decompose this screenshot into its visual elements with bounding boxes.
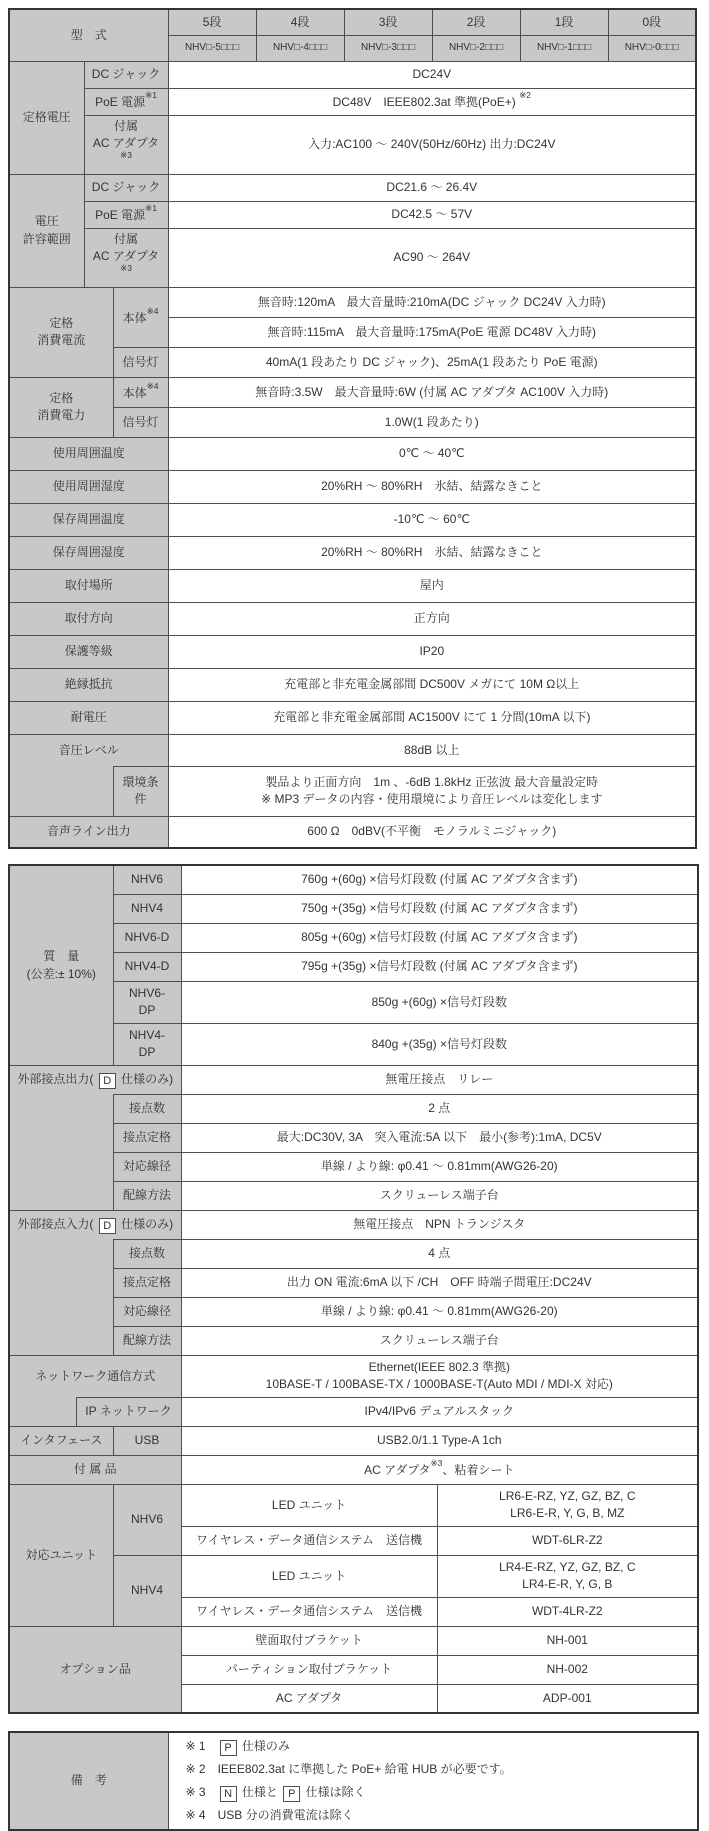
spec-label <box>9 766 113 816</box>
model-number-cell: NHV□-4□□□ <box>256 35 344 61</box>
spec-value: 760g +(60g) ×信号灯段数 (付属 AC アダプタ含まず) <box>181 865 698 894</box>
physical-spec-table: 質 量(公差:± 10%)NHV6760g +(60g) ×信号灯段数 (付属 … <box>8 864 699 1714</box>
model-number-cell: NHV□-5□□□ <box>168 35 256 61</box>
spec-label: NHV6-DP <box>113 981 181 1023</box>
spec-value: 充電部と非充電金属部間 AC1500V にて 1 分間(10mA 以下) <box>168 701 696 734</box>
spec-code-box: P <box>220 1740 237 1756</box>
spec-label: NHV4 <box>113 894 181 923</box>
spec-label: 保存周囲湿度 <box>9 536 168 569</box>
spec-label: 耐電圧 <box>9 701 168 734</box>
spec-value: DC42.5 〜 57V <box>168 201 696 228</box>
spec-value: 1.0W(1 段あたり) <box>168 407 696 437</box>
spec-value: 0℃ 〜 40℃ <box>168 437 696 470</box>
spec-value: 750g +(35g) ×信号灯段数 (付属 AC アダプタ含まず) <box>181 894 698 923</box>
spec-label: 接点定格 <box>113 1123 181 1152</box>
spec-label: 配線方法 <box>113 1326 181 1355</box>
spec-label: 音圧レベル <box>9 734 168 766</box>
spec-value: 屋内 <box>168 569 696 602</box>
spec-value: 20%RH 〜 80%RH 氷結、結露なきこと <box>168 536 696 569</box>
model-header: 型 式 <box>9 9 168 61</box>
spec-label: ネットワーク通信方式 <box>9 1355 181 1397</box>
model-number-cell: NHV□-1□□□ <box>520 35 608 61</box>
spec-value: AC アダプタ※3、粘着シート <box>181 1455 698 1484</box>
spec-value: ワイヤレス・データ通信システム 送信機 <box>181 1526 437 1555</box>
spec-label: 信号灯 <box>113 347 168 377</box>
spec-value: NH-002 <box>437 1655 698 1684</box>
spec-label: 保存周囲温度 <box>9 503 168 536</box>
spec-code-box: N <box>220 1786 237 1802</box>
spec-value: 40mA(1 段あたり DC ジャック)、25mA(1 段あたり PoE 電源) <box>168 347 696 377</box>
spec-value: LED ユニット <box>181 1555 437 1597</box>
spec-value: DC21.6 〜 26.4V <box>168 174 696 201</box>
spec-label: インタフェース <box>9 1426 113 1455</box>
spec-label: 取付方向 <box>9 602 168 635</box>
spec-label <box>9 1239 113 1355</box>
model-number-cell: NHV□-2□□□ <box>432 35 520 61</box>
spec-value: Ethernet(IEEE 802.3 準拠)10BASE-T / 100BAS… <box>181 1355 698 1397</box>
spec-label: DC ジャック <box>84 61 168 88</box>
rating-spec-table: 型 式5段4段3段2段1段0段NHV□-5□□□NHV□-4□□□NHV□-3□… <box>8 8 697 849</box>
spec-value: NH-001 <box>437 1626 698 1655</box>
spec-label: NHV6-D <box>113 923 181 952</box>
spec-label: 配線方法 <box>113 1181 181 1210</box>
spec-value: ワイヤレス・データ通信システム 送信機 <box>181 1597 437 1626</box>
spec-label: NHV4-D <box>113 952 181 981</box>
spec-label: DC ジャック <box>84 174 168 201</box>
spec-label: 付 属 品 <box>9 1455 181 1484</box>
model-number-cell: NHV□-0□□□ <box>608 35 696 61</box>
spec-value: 2 点 <box>181 1094 698 1123</box>
spec-value: 840g +(35g) ×信号灯段数 <box>181 1023 698 1065</box>
spec-value: ADP-001 <box>437 1684 698 1713</box>
spec-value: 正方向 <box>168 602 696 635</box>
spec-value: 4 点 <box>181 1239 698 1268</box>
spec-value: IPv4/IPv6 デュアルスタック <box>181 1397 698 1426</box>
spec-value: 795g +(35g) ×信号灯段数 (付属 AC アダプタ含まず) <box>181 952 698 981</box>
spec-value: WDT-6LR-Z2 <box>437 1526 698 1555</box>
spec-label: 外部接点入力( D 仕様のみ) <box>9 1210 181 1239</box>
spec-value: 単線 / より線: φ0.41 〜 0.81mm(AWG26-20) <box>181 1297 698 1326</box>
spec-sheet: 型 式5段4段3段2段1段0段NHV□-5□□□NHV□-4□□□NHV□-3□… <box>8 8 701 1831</box>
spec-label: USB <box>113 1426 181 1455</box>
spec-value: 出力 ON 電流:6mA 以下 /CH OFF 時端子間電圧:DC24V <box>181 1268 698 1297</box>
spec-label: オプション品 <box>9 1626 181 1713</box>
table-gap <box>8 1714 701 1731</box>
spec-label <box>9 1397 76 1426</box>
remarks-table: 備 考※ 1 P 仕様のみ※ 2 IEEE802.3at に準拠した PoE+ … <box>8 1731 699 1830</box>
spec-value: 充電部と非充電金属部間 DC500V メガにて 10M Ω以上 <box>168 668 696 701</box>
spec-label: 対応線径 <box>113 1152 181 1181</box>
spec-value: 無電圧接点 リレー <box>181 1065 698 1094</box>
spec-label: 電圧許容範囲 <box>9 174 84 287</box>
spec-label: 保護等級 <box>9 635 168 668</box>
spec-value: 無電圧接点 NPN トランジスタ <box>181 1210 698 1239</box>
spec-label: 付属AC アダプタ※3 <box>84 115 168 174</box>
spec-label: NHV6 <box>113 865 181 894</box>
spec-label: NHV4 <box>113 1555 181 1626</box>
spec-label: PoE 電源※1 <box>84 201 168 228</box>
spec-label: NHV6 <box>113 1484 181 1555</box>
stage-column-header: 1段 <box>520 9 608 35</box>
spec-value: IP20 <box>168 635 696 668</box>
spec-value: 無音時:115mA 最大音量時:175mA(PoE 電源 DC48V 入力時) <box>168 317 696 347</box>
spec-value: 20%RH 〜 80%RH 氷結、結露なきこと <box>168 470 696 503</box>
spec-value: LR4-E-RZ, YZ, GZ, BZ, CLR4-E-R, Y, G, B <box>437 1555 698 1597</box>
remarks-text: ※ 1 P 仕様のみ※ 2 IEEE802.3at に準拠した PoE+ 給電 … <box>168 1732 698 1829</box>
spec-value: 600 Ω 0dBV(不平衡 モノラルミニジャック) <box>168 816 696 848</box>
spec-label: 接点定格 <box>113 1268 181 1297</box>
spec-label: 接点数 <box>113 1239 181 1268</box>
spec-value: 入力:AC100 〜 240V(50Hz/60Hz) 出力:DC24V <box>168 115 696 174</box>
spec-value: パーティション取付ブラケット <box>181 1655 437 1684</box>
spec-label: 絶縁抵抗 <box>9 668 168 701</box>
spec-value: WDT-4LR-Z2 <box>437 1597 698 1626</box>
spec-label: 接点数 <box>113 1094 181 1123</box>
spec-value: 850g +(60g) ×信号灯段数 <box>181 981 698 1023</box>
stage-column-header: 0段 <box>608 9 696 35</box>
spec-value: 製品より正面方向 1m 、-6dB 1.8kHz 正弦波 最大音量設定時※ MP… <box>168 766 696 816</box>
spec-label: 定格消費電力 <box>9 377 113 437</box>
spec-value: USB2.0/1.1 Type-A 1ch <box>181 1426 698 1455</box>
spec-label: IP ネットワーク <box>76 1397 181 1426</box>
spec-code-box: P <box>283 1786 300 1802</box>
spec-label: 使用周囲温度 <box>9 437 168 470</box>
spec-label: 信号灯 <box>113 407 168 437</box>
spec-label: PoE 電源※1 <box>84 88 168 115</box>
spec-value: 805g +(60g) ×信号灯段数 (付属 AC アダプタ含まず) <box>181 923 698 952</box>
spec-label: 音声ライン出力 <box>9 816 168 848</box>
stage-column-header: 2段 <box>432 9 520 35</box>
spec-value: スクリューレス端子台 <box>181 1326 698 1355</box>
spec-label: 環境条件 <box>113 766 168 816</box>
model-number-cell: NHV□-3□□□ <box>344 35 432 61</box>
spec-code-box: D <box>99 1218 116 1234</box>
spec-value: DC24V <box>168 61 696 88</box>
spec-value: 無音時:3.5W 最大音量時:6W (付属 AC アダプタ AC100V 入力時… <box>168 377 696 407</box>
spec-label: 対応ユニット <box>9 1484 113 1626</box>
spec-label: NHV4-DP <box>113 1023 181 1065</box>
spec-code-box: D <box>99 1073 116 1089</box>
spec-label: 定格電圧 <box>9 61 84 174</box>
spec-value: LED ユニット <box>181 1484 437 1526</box>
spec-label <box>9 1094 113 1210</box>
stage-column-header: 4段 <box>256 9 344 35</box>
spec-value: 最大:DC30V, 3A 突入電流:5A 以下 最小(参考):1mA, DC5V <box>181 1123 698 1152</box>
remarks-label: 備 考 <box>9 1732 168 1829</box>
spec-value: DC48V IEEE802.3at 準拠(PoE+) ※2 <box>168 88 696 115</box>
spec-value: スクリューレス端子台 <box>181 1181 698 1210</box>
spec-label: 定格消費電流 <box>9 287 113 377</box>
spec-label: 使用周囲湿度 <box>9 470 168 503</box>
spec-label: 本体※4 <box>113 377 168 407</box>
spec-value: 単線 / より線: φ0.41 〜 0.81mm(AWG26-20) <box>181 1152 698 1181</box>
table-gap <box>8 849 701 864</box>
spec-value: AC アダプタ <box>181 1684 437 1713</box>
spec-value: 88dB 以上 <box>168 734 696 766</box>
stage-column-header: 5段 <box>168 9 256 35</box>
spec-value: -10℃ 〜 60℃ <box>168 503 696 536</box>
spec-label: 本体※4 <box>113 287 168 347</box>
spec-label: 取付場所 <box>9 569 168 602</box>
spec-label: 質 量(公差:± 10%) <box>9 865 113 1065</box>
spec-value: LR6-E-RZ, YZ, GZ, BZ, CLR6-E-R, Y, G, B,… <box>437 1484 698 1526</box>
spec-value: 壁面取付ブラケット <box>181 1626 437 1655</box>
stage-column-header: 3段 <box>344 9 432 35</box>
spec-label: 外部接点出力( D 仕様のみ) <box>9 1065 181 1094</box>
spec-label: 対応線径 <box>113 1297 181 1326</box>
spec-value: 無音時:120mA 最大音量時:210mA(DC ジャック DC24V 入力時) <box>168 287 696 317</box>
spec-label: 付属AC アダプタ※3 <box>84 228 168 287</box>
spec-value: AC90 〜 264V <box>168 228 696 287</box>
